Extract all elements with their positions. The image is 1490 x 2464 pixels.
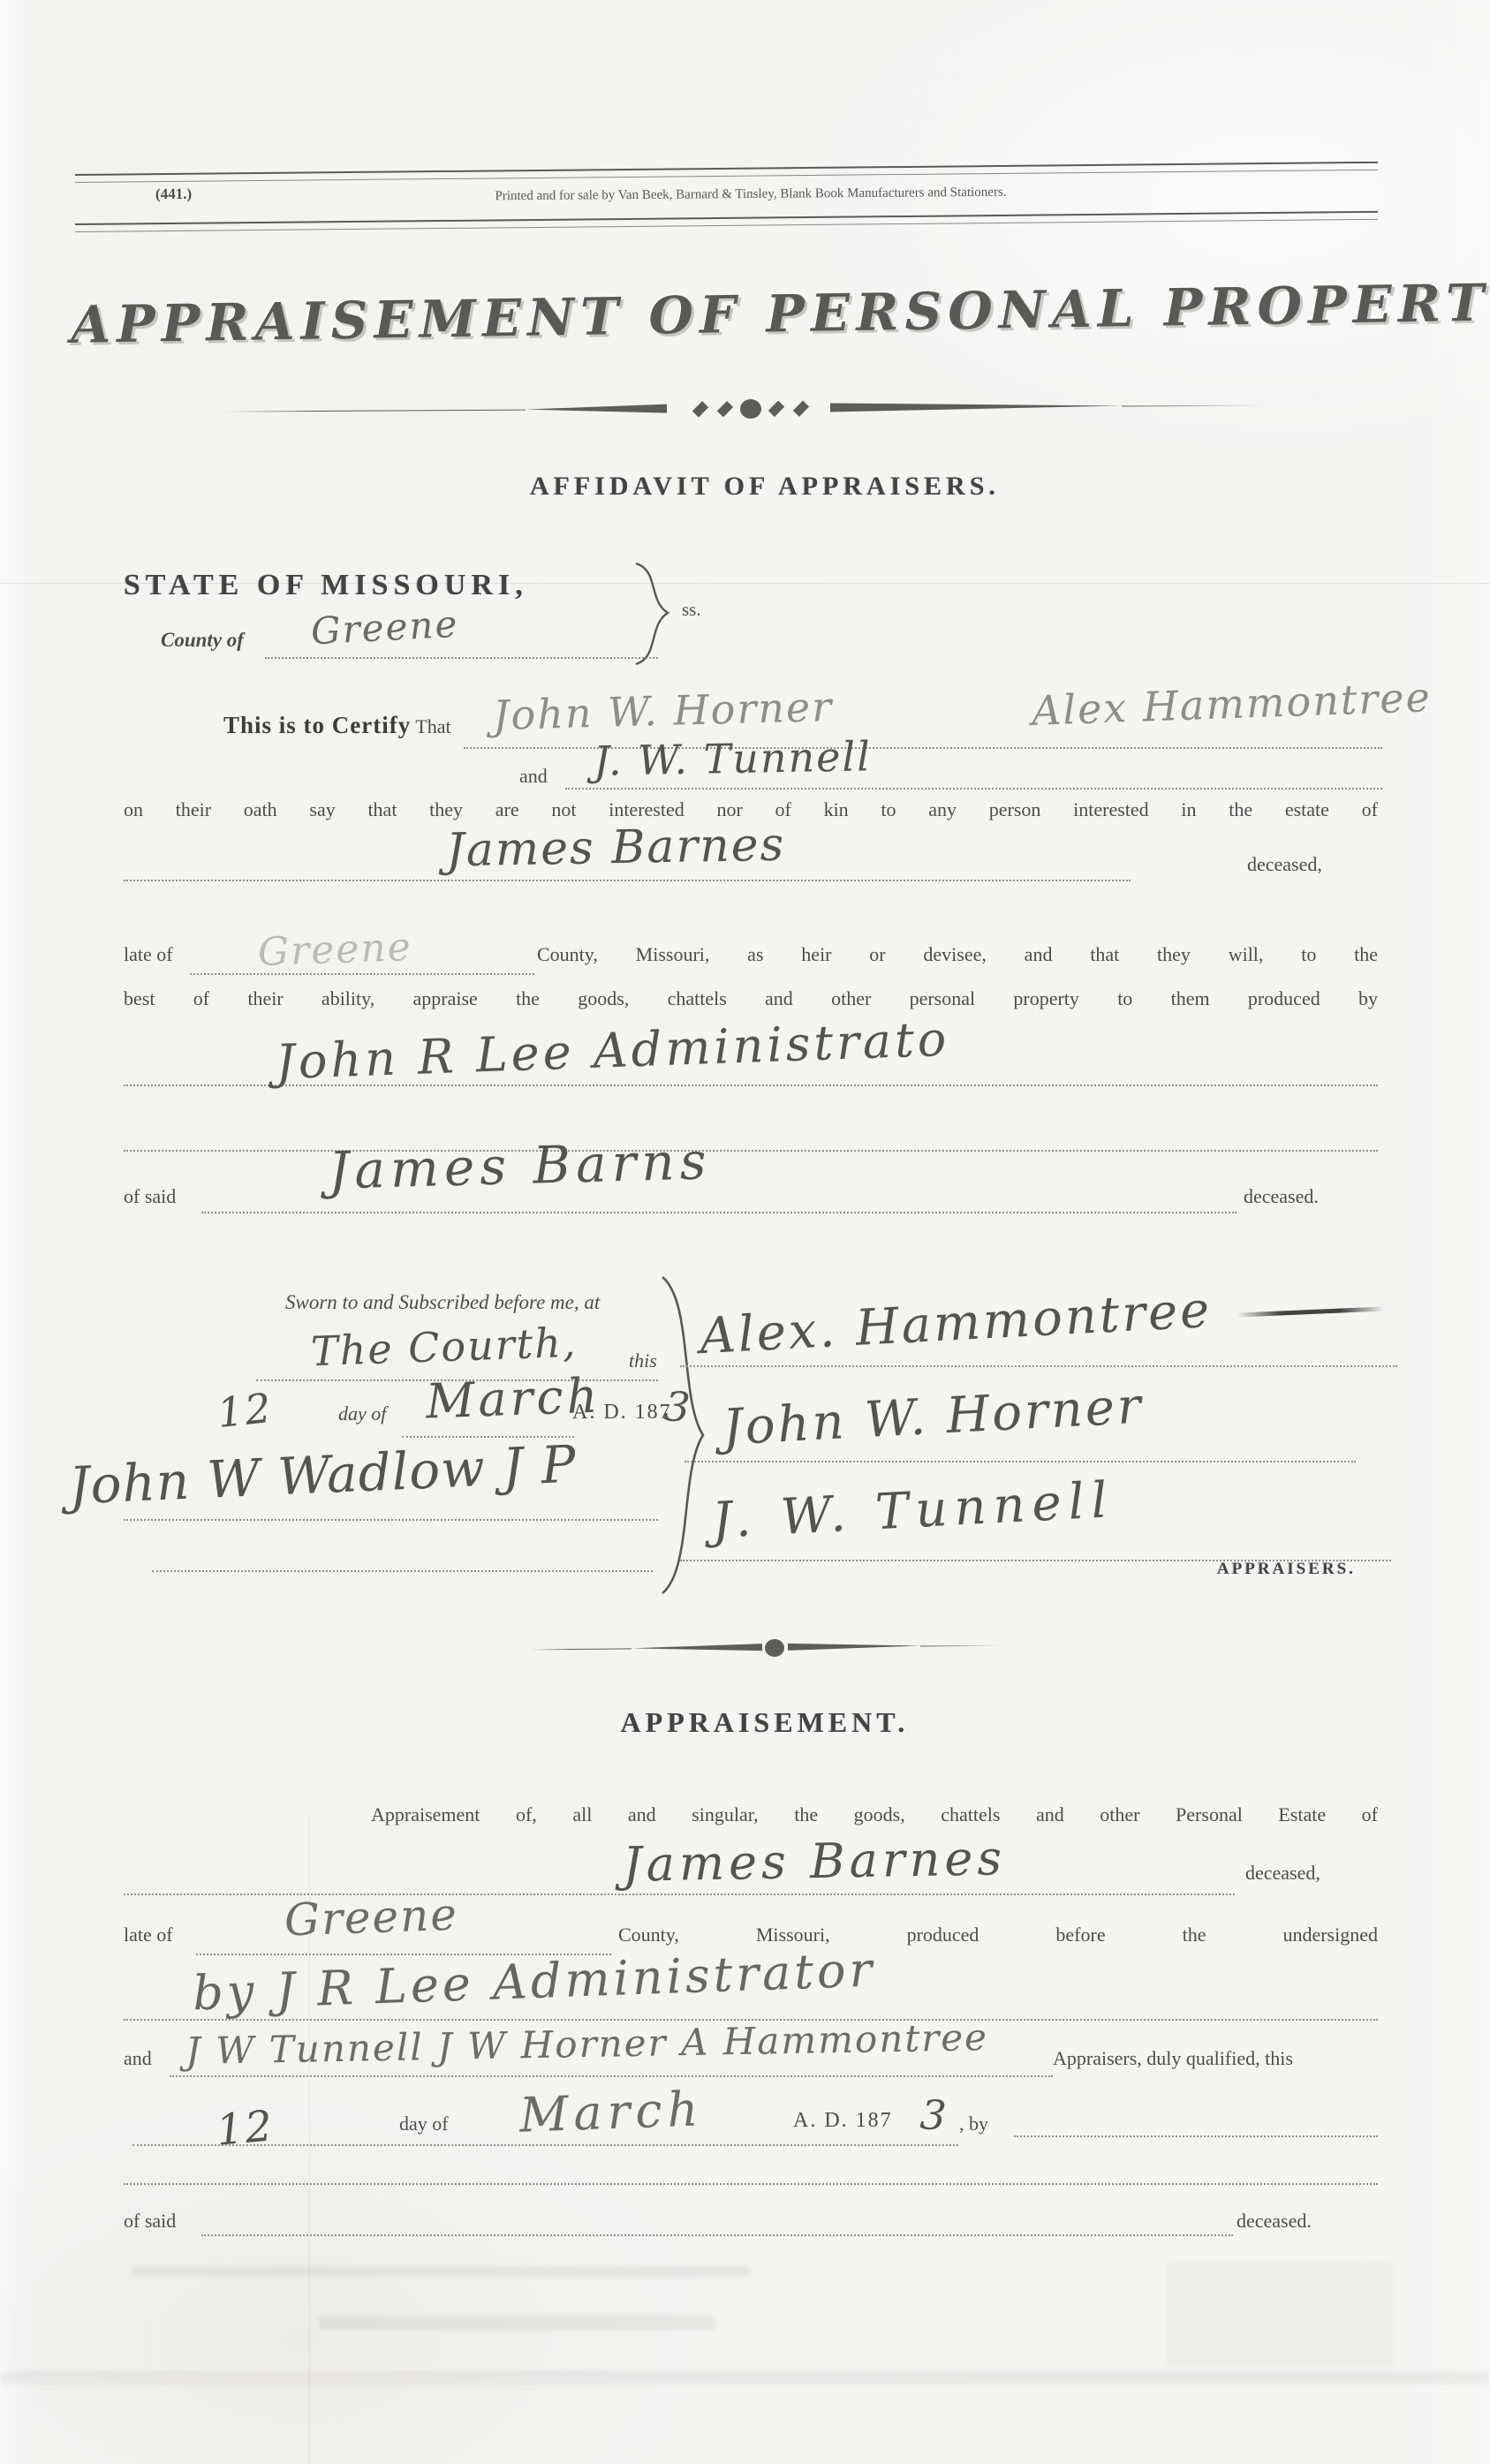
- year-digit-handwritten-2: 3: [919, 2090, 949, 2140]
- decedent-name-handwritten: James Barnes: [446, 819, 786, 878]
- deceased-label-2: deceased.: [1244, 1185, 1319, 1208]
- county-of-label: County of: [161, 629, 244, 652]
- ss-label: ss.: [682, 599, 701, 621]
- scanned-document-page: (441.) Printed and for sale by Van Beek,…: [0, 0, 1490, 2464]
- form-number: (441.): [155, 185, 192, 203]
- signature-line-2: [684, 1461, 1356, 1463]
- officer-signature-handwritten: John W Wadlow J P: [68, 1433, 578, 1515]
- deceased-label-3: deceased,: [1245, 1862, 1320, 1885]
- appraisement-heading: APPRAISEMENT.: [270, 1706, 1259, 1739]
- document-title: APPRAISEMENT OF PERSONAL PROPERTY.: [71, 274, 1414, 355]
- day-of-label-1: day of: [338, 1402, 386, 1425]
- of-said-field-line-2: [201, 2234, 1233, 2236]
- printer-imprint-line: Printed and for sale by Van Beek, Barnar…: [371, 185, 1131, 206]
- ornamental-divider: [221, 394, 1291, 423]
- blank-field-line-2: [124, 2183, 1378, 2185]
- divider-line-right: [1122, 404, 1291, 406]
- late-of-field-line-1: [190, 973, 534, 975]
- divider-line-left: [530, 1648, 632, 1650]
- ornamental-divider-small: [530, 1636, 1011, 1661]
- oath-line: on their oath say that they are not inte…: [124, 798, 1378, 821]
- by-label: , by: [959, 2113, 988, 2135]
- sworn-place-handwritten: The Courth,: [310, 1319, 578, 1375]
- signature-line-1: [680, 1365, 1397, 1367]
- signature-2-handwritten: John W. Horner: [722, 1378, 1146, 1457]
- bleedthrough-smudge: [132, 2266, 751, 2277]
- qualified-line: Appraisers, duly qualified, this: [1053, 2047, 1293, 2070]
- top-rule-1: [75, 162, 1378, 176]
- header-rule-1: [75, 211, 1378, 225]
- divider-diamond: [692, 401, 708, 417]
- appraiser-name-2-handwritten: Alex Hammontree: [1031, 673, 1432, 735]
- day-of-label-2: day of: [399, 2113, 449, 2135]
- stray-ink-mark: [1237, 1306, 1385, 1317]
- signature-1-handwritten: Alex. Hammontree: [699, 1281, 1214, 1365]
- affidavit-heading: AFFIDAVIT OF APPRAISERS.: [270, 472, 1259, 502]
- divider-wedge-right: [830, 401, 1122, 412]
- late-of-handwritten-1: Greene: [257, 925, 412, 975]
- divider-circle: [740, 399, 761, 419]
- county-line-rest-1: County, Missouri, as heir or devisee, an…: [537, 943, 1378, 966]
- late-of-label-2: late of: [124, 1924, 173, 1946]
- day-handwritten-2: 12: [215, 2101, 276, 2155]
- ad-label-2: A. D. 187: [793, 2109, 893, 2133]
- deceased-label-1: deceased,: [1247, 853, 1322, 876]
- blank-field-line-1: [124, 1150, 1378, 1152]
- appraisers-field-line-3: [170, 2075, 1053, 2077]
- divider-wedge-right: [788, 1643, 920, 1651]
- appraisers-field-line-2: [565, 788, 1382, 790]
- divider-diamond: [768, 401, 784, 417]
- state-label: STATE OF MISSOURI,: [124, 569, 528, 602]
- late-of-handwritten-2: Greene: [284, 1889, 459, 1946]
- county-line-rest-2: County, Missouri, produced before the un…: [618, 1924, 1378, 1946]
- certify-lead: This is to Certify That: [223, 712, 451, 739]
- date-field-line-2: [132, 2144, 958, 2146]
- bleedthrough-smudge: [318, 2316, 715, 2330]
- this-label: this: [629, 1349, 657, 1372]
- officer-signature-line-1: [124, 1519, 658, 1521]
- appraisers-handwritten-2: J W Tunnell J W Horner A Hammontree: [185, 2015, 989, 2073]
- bleedthrough-smudge: [0, 2370, 1490, 2385]
- certify-that-label: That: [415, 715, 450, 737]
- divider-line-right: [920, 1645, 1009, 1647]
- sworn-line: Sworn to and Subscribed before me, at: [285, 1291, 600, 1314]
- decedent-field-line: [124, 880, 1131, 881]
- officer-signature-line-2: [152, 1570, 653, 1572]
- of-said-label-2: of said: [124, 2210, 176, 2233]
- by-field-line: [1014, 2135, 1378, 2137]
- and-label-2: and: [124, 2047, 152, 2070]
- and-label: and: [519, 765, 548, 788]
- county-field-line: [265, 657, 658, 659]
- divider-wedge-left: [526, 404, 667, 414]
- late-of-label-1: late of: [124, 943, 173, 966]
- appraiser-name-3-handwritten: J. W. Tunnell: [594, 732, 873, 784]
- divider-diamond: [793, 400, 809, 416]
- decedent-name-handwritten-2: James Barnes: [622, 1830, 1006, 1893]
- appraisers-caption: APPRAISERS.: [1217, 1560, 1356, 1579]
- of-said-label-1: of said: [124, 1185, 176, 1208]
- state-brace: [632, 562, 669, 670]
- month-handwritten-2: March: [518, 2081, 704, 2143]
- administrator-handwritten: John R Lee Administrato: [275, 1011, 950, 1091]
- certify-bold-label: This is to Certify: [223, 712, 411, 738]
- divider-wedge-left: [632, 1644, 762, 1651]
- of-said-field-line-1: [201, 1212, 1237, 1213]
- ability-line: best of their ability, appraise the good…: [124, 987, 1378, 1010]
- divider-diamond: [717, 401, 733, 417]
- of-said-handwritten: James Barns: [328, 1130, 712, 1200]
- signature-3-handwritten: J. W. Tunnell: [711, 1471, 1116, 1550]
- deceased-label-4: deceased.: [1237, 2210, 1312, 2233]
- bleedthrough-smudge: [1166, 2261, 1395, 2367]
- divider-line-left: [221, 410, 526, 412]
- divider-circle: [765, 1639, 784, 1657]
- appraiser-name-1-handwritten: John W. Horner: [492, 683, 833, 739]
- appraisement-intro-line: Appraisement of, all and singular, the g…: [371, 1803, 1378, 1826]
- sworn-day-handwritten: 12: [215, 1384, 275, 1437]
- county-handwritten-value: Greene: [310, 602, 460, 654]
